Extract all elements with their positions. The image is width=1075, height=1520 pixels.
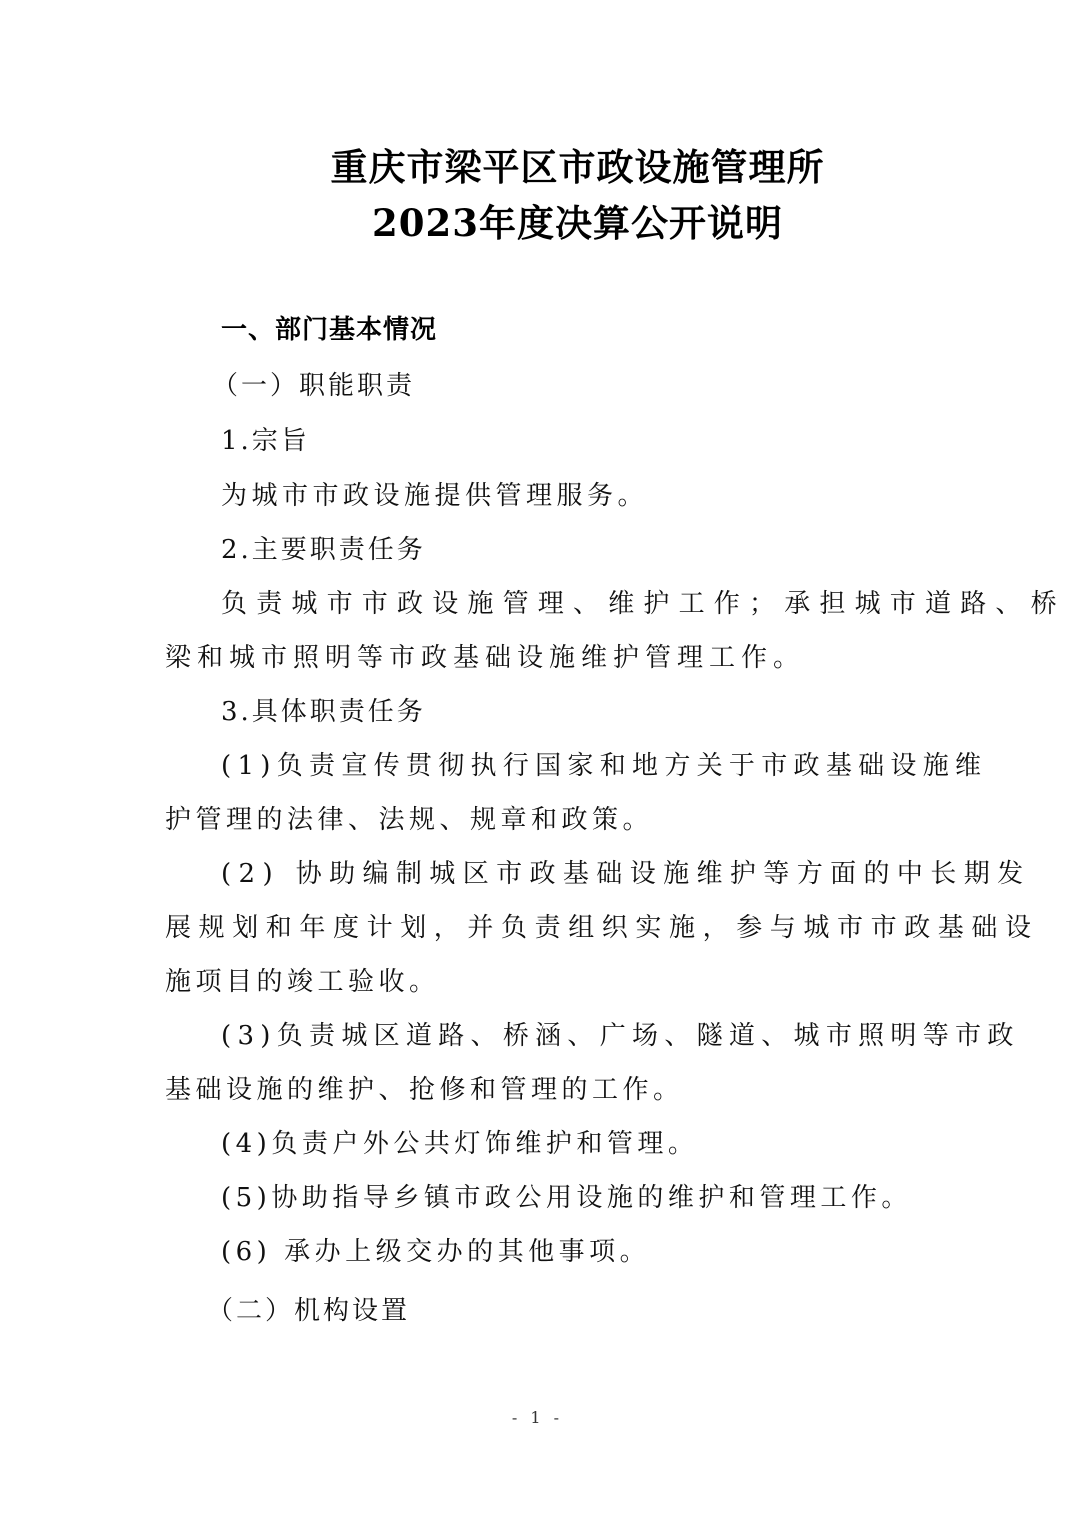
purpose-text: 为城市市政设施提供管理服务。 — [221, 475, 648, 512]
duty-2-line2: 展规划和年度计划，并负责组织实施，参与城市市政基础设 — [165, 907, 1039, 944]
duty-4: (4)负责户外公共灯饰维护和管理。 — [221, 1123, 698, 1160]
duty-6: (6) 承办上级交办的其他事项。 — [221, 1231, 650, 1268]
document-title-line2: 2023年度决算公开说明 — [40, 193, 1075, 247]
subsection-heading-organization: （二）机构设置 — [207, 1290, 410, 1327]
item-heading-main-duties: 2.主要职责任务 — [221, 529, 426, 566]
duty-3-line1: (3)负责城区道路、桥涵、广场、隧道、城市照明等市政 — [221, 1015, 1020, 1052]
page-number: - 1 - — [0, 1408, 1075, 1427]
section-heading-basic-info: 一、部门基本情况 — [221, 309, 437, 346]
duty-1-line2: 护管理的法律、法规、规章和政策。 — [165, 799, 653, 836]
subsection-heading-functions: （一）职能职责 — [212, 365, 415, 402]
duty-2-line3: 施项目的竣工验收。 — [165, 961, 440, 998]
duty-2-line1: (2) 协助编制城区市政基础设施维护等方面的中长期发 — [221, 853, 1031, 890]
document-page: 重庆市梁平区市政设施管理所 2023年度决算公开说明 一、部门基本情况 （一）职… — [0, 0, 1075, 1520]
main-duties-text-line1: 负责城市市政设施管理、维护工作；承担城市道路、桥 — [221, 583, 1066, 620]
duty-5: (5)协助指导乡镇市政公用设施的维护和管理工作。 — [221, 1177, 912, 1214]
duty-3-line2: 基础设施的维护、抢修和管理的工作。 — [165, 1069, 684, 1106]
document-title-line1: 重庆市梁平区市政设施管理所 — [40, 137, 1075, 191]
item-heading-purpose: 1.宗旨 — [221, 420, 310, 457]
item-heading-specific-duties: 3.具体职责任务 — [221, 691, 426, 728]
duty-1-line1: (1)负责宣传贯彻执行国家和地方关于市政基础设施维 — [221, 745, 987, 782]
main-duties-text-line2: 梁和城市照明等市政基础设施维护管理工作。 — [165, 637, 805, 674]
